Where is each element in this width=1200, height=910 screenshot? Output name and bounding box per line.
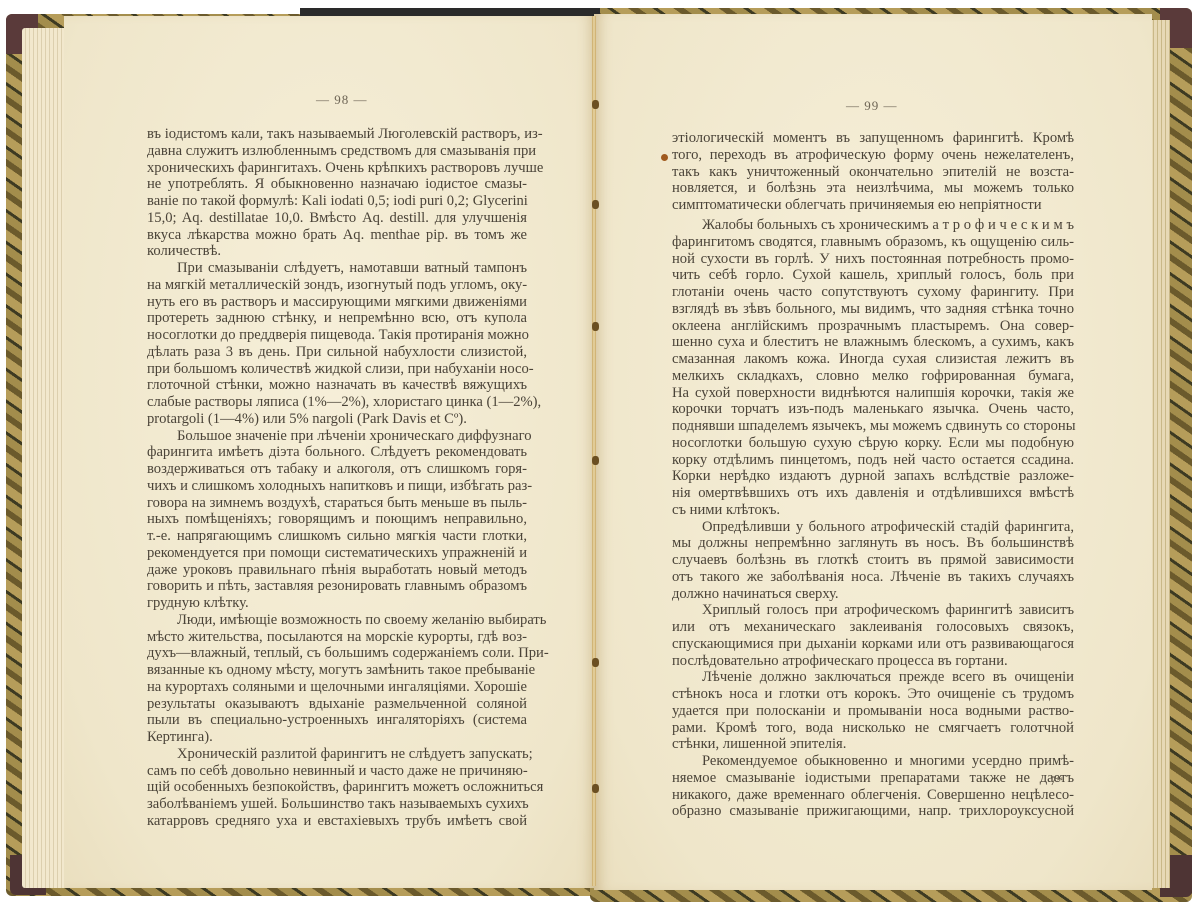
text-line: смазанная лакомъ кожа. Иногда сухая слиз… [672,351,1074,368]
text-line: говора на зимнемъ воздухѣ, стараться быт… [147,495,527,512]
page-stack-right [1150,20,1170,888]
text-line: мѣсто жительства, посылаются на морскіе … [147,629,527,646]
right-page-body-text: Жалобы больныхъ съ хроническимъ а т р о … [672,217,1074,820]
text-line: духъ—влажный, теплый, съ большимъ содерж… [147,645,527,662]
page-number-left: — 98 — [316,92,368,108]
text-line: новляется, и болѣзнь эта неизлѣчима, мы … [672,180,1074,197]
text-line: рами. Кромѣ того, вода нисколько не смяг… [672,720,1074,737]
text-line: или отъ механическаго заклеиванія голосо… [672,619,1074,636]
text-line: въ іодистомъ кали, такъ называемый Люгол… [147,126,527,143]
text-line: того, переходъ въ атрофическую форму оче… [672,147,1074,164]
text-line: рекомендуется при помощи систематических… [147,545,527,562]
binding-stitch [592,456,599,465]
text-line: чить себѣ горло. Сухой кашель, хриплый г… [672,267,1074,284]
text-line: грудную клѣтку. [147,595,527,612]
text-line: дѣлать раза 3 въ день. При сильной набух… [147,344,527,361]
text-line: отъ такого же заболѣванія носа. Лѣченіе … [672,569,1074,586]
text-line: симптоматически облегчать причиняемыя ею… [672,197,1074,214]
text-line: фарингита имѣетъ діэта больного. Слѣдует… [147,444,527,461]
text-line: нія омертвѣвшихъ отъ ихъ давленія и отдѣ… [672,485,1074,502]
text-line: корку отдѣлимъ пинцетомъ, подъ ней часто… [672,452,1074,469]
text-line: шенно суха и блеститъ не влажнымъ блеско… [672,334,1074,351]
book-gutter [592,16,596,886]
text-line: случаевъ болѣзнь въ глоткѣ стоитъ въ пря… [672,552,1074,569]
text-line: даже уроковъ правильнаго пѣнія выработат… [147,562,527,579]
text-line: Хриплый голосъ при атрофическомъ фаринги… [672,602,1074,619]
text-line: Большое значеніе при лѣченіи хроническаг… [147,428,527,445]
text-line: пыли въ специально-устроенныхъ ингалятор… [147,712,527,729]
text-line: носоглотки большую сухую сѣрую корку. Ес… [672,435,1074,452]
text-line: не употреблять. Я обыкновенно назначаю і… [147,176,527,193]
text-line: глоточной стѣнки, можно назначать въ кач… [147,377,527,394]
right-page-opening-paragraph: этіологическій моментъ въ запущенномъ фа… [672,130,1074,214]
text-line: протереть заднюю стѣнку, и непремѣнно вс… [147,310,527,327]
text-line: щій особенныхъ безпокойствъ, фарингитъ м… [147,779,527,796]
binding-stitch [592,100,599,109]
text-line: Лѣченіе должно заключаться прежде всего … [672,669,1074,686]
text-line: няемое смазываніе іодистыми препаратами … [672,770,1074,787]
text-line: носоглотки до преддверія пищевода. Такія… [147,327,527,344]
text-line: заболѣваніемъ ушей. Большинство такъ наз… [147,796,527,813]
text-line: хроническихъ фарингитахъ. Очень крѣпкихъ… [147,160,527,177]
text-line: стѣнокъ носа и глотки отъ корокъ. Это оч… [672,686,1074,703]
text-line: воздерживаться отъ табаку и алкоголя, от… [147,461,527,478]
text-line: при большомъ количествѣ жидкой слизи, пр… [147,361,527,378]
text-line: мы должны непремѣнно заглянуть въ носъ. … [672,535,1074,552]
ink-spot [661,154,668,161]
text-line: ныхъ помѣщеніяхъ; говорящимъ и поющимъ н… [147,511,527,528]
text-line: вкуса лѣкарства можно брать Aq. menthae … [147,227,527,244]
left-page-body-text: въ іодистомъ кали, такъ называемый Люгол… [147,126,527,830]
text-line: 15,0; Aq. destillatae 10,0. Вмѣсто Aq. d… [147,210,527,227]
text-line: катарровъ средняго уха и евстахіевыхъ тр… [147,813,527,830]
text-line: удается при полосканіи и промываніи носа… [672,703,1074,720]
text-line: давна служитъ излюбленнымъ средствомъ дл… [147,143,527,160]
text-line: Опредѣливши у больного атрофическій стад… [672,519,1074,536]
text-line: Жалобы больныхъ съ хроническимъ а т р о … [672,217,1074,234]
text-line: никакого, даже временнаго облегченія. Со… [672,787,1074,804]
text-line: ной сухости въ горлѣ. У нихъ постоянная … [672,251,1074,268]
text-line: стѣнки, лишенной эпителія. [672,736,1074,753]
text-line: мелкихъ складкахъ, словно мелко гофриров… [672,368,1074,385]
text-line: такъ какъ уничтоженный окончательно эпит… [672,164,1074,181]
text-line: послѣдовательно атрофическаго процесса в… [672,653,1074,670]
text-line: Хроническій разлитой фарингитъ не слѣдуе… [147,746,527,763]
text-line: Корки нерѣдко издаютъ дурной запахъ вслѣ… [672,468,1074,485]
text-line: количествѣ. [147,243,527,260]
text-line: нуть его въ растворъ и массирующими мягк… [147,294,527,311]
text-line: результаты оказываютъ вдыханіе размельче… [147,696,527,713]
text-line: взглядѣ въ зѣвъ больного, мы видимъ, что… [672,301,1074,318]
text-line: должно начинаться сверху. [672,586,1074,603]
text-line: говорить и пѣть, заставляя резонировать … [147,578,527,595]
text-line: образно смазываніе прижигающими, напр. т… [672,803,1074,820]
text-line: protargoli (1—4%) или 5% nargoli (Park D… [147,411,527,428]
text-line: поднявши шпаделемъ язычекъ, мы можемъ сд… [672,418,1074,435]
text-line: спускающимися при дыханіи корками или от… [672,636,1074,653]
binding-stitch [592,658,599,667]
text-line: оклеена англійскимъ прозрачнымъ пластыре… [672,318,1074,335]
text-line: глотаніи очень часто сопутствуютъ сухому… [672,284,1074,301]
text-line: Кертинга). [147,729,527,746]
text-line: самъ по себѣ довольно невинный и часто д… [147,763,527,780]
text-line: На сухой поверхности виднѣются налипшія … [672,385,1074,402]
text-line: Люди, имѣющіе возможность по своему жела… [147,612,527,629]
text-line: этіологическій моментъ въ запущенномъ фа… [672,130,1074,147]
text-line: При смазываніи слѣдуетъ, намотавши ватны… [147,260,527,277]
text-line: на мягкій металлическій зондъ, изогнутый… [147,277,527,294]
binding-stitch [592,322,599,331]
text-line: т.-е. напрягающимъ слишкомъ сильно мягкі… [147,528,527,545]
signature-mark: 7* [1050,773,1063,789]
text-line: чихъ и слишкомъ холодныхъ напитковъ и пи… [147,478,527,495]
text-line: Рекомендуемое обыкновенно и многими усер… [672,753,1074,770]
page-number-right: — 99 — [846,98,898,114]
text-line: ваніе по такой формулѣ: Kali iodati 0,5;… [147,193,527,210]
text-line: фарингитомъ сводятся, главнымъ образомъ,… [672,234,1074,251]
text-line: слабые растворы ляписа (1%—2%), хлориста… [147,394,527,411]
text-line: корочки торчатъ изъ-подъ маленькаго языч… [672,401,1074,418]
text-line: вязанные къ одному мѣсту, могутъ замѣнит… [147,662,527,679]
text-line: на курортахъ соляными и щелочными ингаля… [147,679,527,696]
text-line: съ ними клѣтокъ. [672,502,1074,519]
binding-stitch [592,784,599,793]
binding-stitch [592,200,599,209]
